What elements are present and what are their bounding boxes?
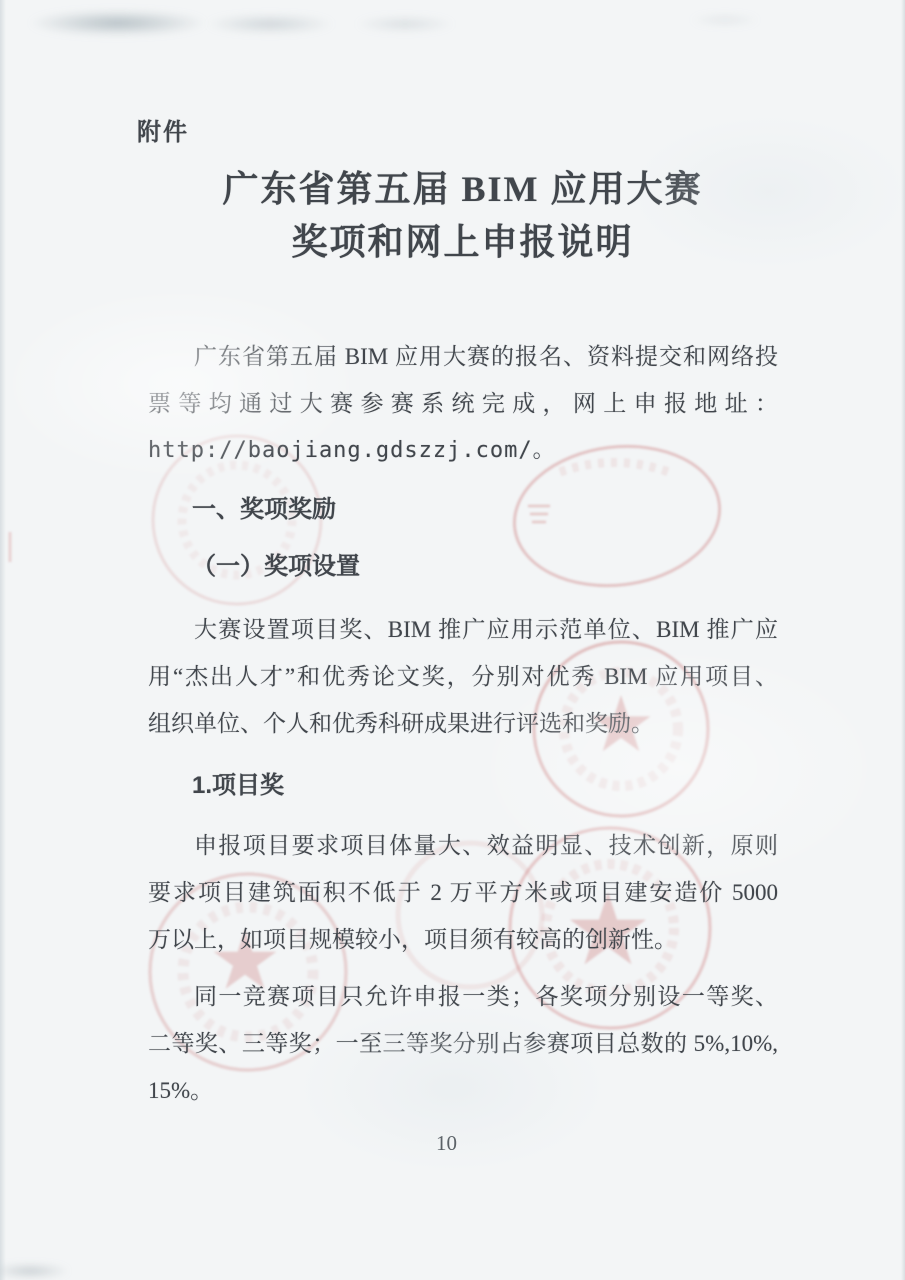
award-setup-paragraph: 大赛设置项目奖、BIM 推广应用示范单位、BIM 推广应 用“杰出人才”和优秀论… [148,606,778,747]
body-line: 万以上，如项目规模较小，项目须有较高的创新性。 [148,916,778,963]
award-tiers-paragraph: 同一竞赛项目只允许申报一类；各奖项分别设一等奖、 二等奖、三等奖；一至三等奖分别… [148,973,778,1114]
application-url: http://baojiang.gdszzj.com/。 [148,427,778,474]
intro-paragraph: 广东省第五届 BIM 应用大赛的报名、资料提交和网络投 票等均通过大赛参赛系统完… [148,333,778,474]
body-line: 用“杰出人才”和优秀论文奖，分别对优秀 BIM 应用项目、 [148,653,778,700]
body-line: 要求项目建筑面积不低于 2 万平方米或项目建安造价 5000 [148,869,778,916]
body-line: 同一竞赛项目只允许申报一类；各奖项分别设一等奖、 [148,973,778,1020]
body-line: 15%。 [148,1067,778,1114]
body-line: 广东省第五届 BIM 应用大赛的报名、资料提交和网络投 [148,333,778,380]
page-edge-shadow [0,0,6,1280]
section-heading-awards: 一、奖项奖励 [148,486,778,533]
body-text-layer: 广东省第五届 BIM 应用大赛的报名、资料提交和网络投 票等均通过大赛参赛系统完… [148,0,778,1280]
body-line: 申报项目要求项目体量大、效益明显、技术创新，原则 [148,822,778,869]
scan-smudge [0,1264,70,1278]
body-line: 二等奖、三等奖；一至三等奖分别占参赛项目总数的 5%,10%, [148,1020,778,1067]
heading-project-award: 1.项目奖 [148,762,778,809]
body-line: 组织单位、个人和优秀科研成果进行评选和奖励。 [148,700,778,747]
body-line: 大赛设置项目奖、BIM 推广应用示范单位、BIM 推广应 [148,606,778,653]
body-line: 票等均通过大赛参赛系统完成，网上申报地址： [148,380,778,427]
project-requirements-paragraph: 申报项目要求项目体量大、效益明显、技术创新，原则 要求项目建筑面积不低于 2 万… [148,822,778,963]
page-number: 10 [0,1130,893,1156]
scanned-document-page: 附件 广东省第五届 BIM 应用大赛 奖项和网上申报说明 广东省第五届 BIM … [0,0,905,1280]
subsection-heading-award-setup: （一）奖项设置 [148,543,778,590]
